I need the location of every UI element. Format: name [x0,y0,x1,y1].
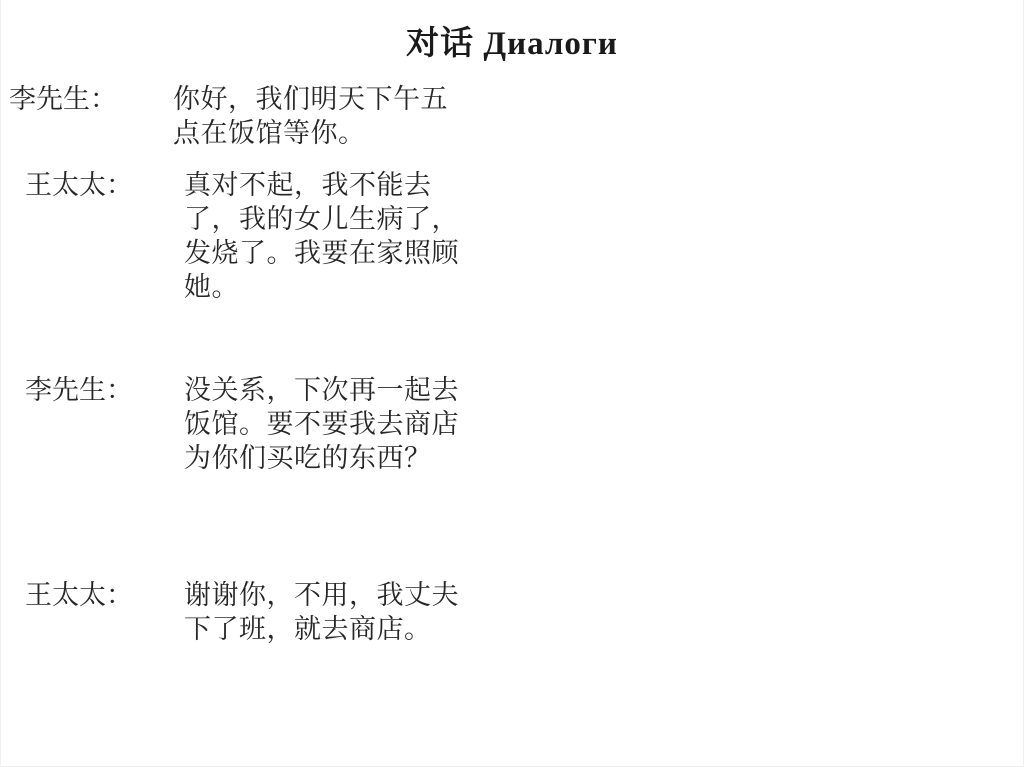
page-title: 对话 Диалоги [1,24,1023,64]
utterance-text: 没关系，下次再一起去 饭馆。要不要我去商店 为你们买吃的东西？ [184,373,459,475]
speaker-label: 王太太： [25,168,133,202]
dialogue-slide: 对话 Диалоги 李先生： 你好，我们明天下午五 点在饭馆等你。 王太太： … [0,0,1024,767]
speaker-label: 李先生： [9,82,117,116]
utterance-text: 真对不起，我不能去 了，我的女儿生病了， 发烧了。我要在家照顾 她。 [184,168,459,304]
page-title-russian: Диалоги [483,26,618,62]
speaker-label: 王太太： [25,578,133,612]
utterance-text: 你好，我们明天下午五 点在饭馆等你。 [173,82,448,150]
utterance-text: 谢谢你，不用，我丈夫 下了班，就去商店。 [184,578,459,646]
page-title-chinese: 对话 [406,26,474,62]
speaker-label: 李先生： [25,373,133,407]
